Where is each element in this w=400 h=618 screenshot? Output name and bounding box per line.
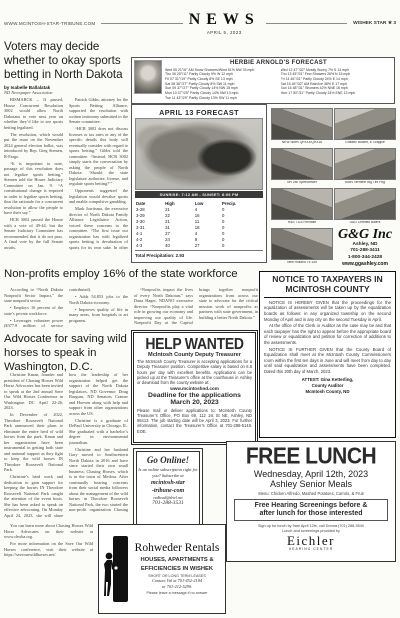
- article-nonprofits-body: According to “North Dakota Nonprofit Sec…: [4, 287, 258, 329]
- rohweder-message-note: Please leave a message if no answer: [133, 591, 221, 595]
- gg-logo-block: G&G Inc Ashley, ND 701-288-3411 1-800-34…: [334, 228, 396, 267]
- door-person-icon: [103, 534, 129, 604]
- herbie-arnold-photo: [134, 60, 162, 94]
- help-wanted-body1: The McIntosh County Treasurer is accepti…: [137, 359, 252, 386]
- free-lunch-venue: Ashley Senior Meals: [232, 479, 390, 489]
- article-wild-horses-body: Christine Kman, founder and president of…: [4, 372, 128, 520]
- weather-forecast-box: HERBIE ARNOLD'S FORECAST Wed 05 21°/6° A…: [131, 57, 395, 104]
- article-sports-betting: Voters may decide whether to okay sports…: [4, 40, 128, 253]
- gg-company-name: G&G Inc: [338, 228, 392, 242]
- total-precipitation: Total Precipitation: 2.93: [135, 250, 263, 258]
- article-wild-horses-headline: Advocate for saving wild horses to speak…: [4, 333, 128, 375]
- sunrise-sunset-bar: SUNRISE: 7:12 AM - SUNSET: 8:06 PM: [135, 191, 263, 198]
- hearing-screenings-box: Free Hearing Screenings before & after l…: [234, 499, 388, 522]
- free-lunch-date: Wednesday, April 12th, 2023: [232, 469, 390, 479]
- subscription-phone: 701-288-3531: [138, 500, 198, 506]
- free-lunch-ad: FREE LUNCH Wednesday, April 12th, 2023 A…: [226, 441, 396, 562]
- page-number: WISHEK STAR ★ 3: [353, 21, 396, 26]
- newspaper-page: WWW.MCINTOSH-STAR-TRIBUNE.COM NEWS APRIL…: [0, 0, 400, 618]
- subscription-site-line2: -tribune-com: [138, 488, 198, 495]
- temperature-table: DateHighLowPrecip. 3-2821 40 3-2922 160: [135, 200, 263, 248]
- article-headline: Voters may decide whether to okay sports…: [4, 40, 128, 82]
- go-online-title: Go Online!: [138, 455, 198, 465]
- deadline-label: Deadline for the applications: [137, 392, 252, 399]
- april13-forecast-box: APRIL 13 FORECAST SUNRISE: 7:12 AM - SUN…: [131, 104, 267, 263]
- article-wild-horses-body-bottom: You can learn more about Chasing Horses …: [4, 523, 93, 601]
- help-wanted-ad: HELP WANTED McIntosh County Deputy Treas…: [131, 330, 258, 445]
- article-nonprofits-headline: Non-profits employ 16% of the state work…: [4, 268, 260, 282]
- eichler-logo: Eichler: [232, 534, 390, 547]
- april13-title: APRIL 13 FORECAST: [135, 108, 263, 117]
- rohweder-line1: HOUSES, APARTMENTS &: [133, 557, 221, 564]
- notice-body: NOTICE IS HEREBY GIVEN that the proceedi…: [264, 300, 391, 375]
- forecast-week2: Wed 12 47°/32° Mostly Sunny 7% S 14 mphT…: [281, 68, 393, 101]
- section-block: NEWS APRIL 5, 2023: [189, 12, 260, 35]
- forecast-title: HERBIE ARNOLD'S FORECAST: [165, 60, 392, 66]
- site-url: WWW.MCINTOSH-STAR-TRIBUNE.COM: [4, 21, 95, 26]
- masthead-rule-left: [101, 23, 182, 24]
- notice-county: McIntosh County, ND: [264, 389, 391, 395]
- free-lunch-title: FREE LUNCH: [232, 445, 390, 468]
- rohweder-line2: EFFICIENCIES IN WISHEK: [133, 566, 221, 573]
- masthead: WWW.MCINTOSH-STAR-TRIBUNE.COM NEWS APRIL…: [0, 12, 400, 35]
- free-lunch-menu: Menu: Chicken Alfredo, Mashed Potatoes, …: [232, 491, 390, 496]
- gg-website: www.ggashley.com: [342, 261, 388, 267]
- article-organization: ND Newspaper Association: [4, 90, 128, 95]
- rohweder-name: Rohweder Rentals: [133, 543, 221, 555]
- rohweder-phone2: or 701-212-5290.: [133, 584, 221, 590]
- masthead-rule-right: [266, 23, 347, 24]
- deadline-date: March 20, 2023: [137, 399, 252, 406]
- eichler-logo-sub: HEARING CENTER: [232, 547, 390, 551]
- subscription-site-line1: mcintosh-star: [138, 480, 198, 487]
- section-title: NEWS: [189, 12, 260, 28]
- table-row: 4-340 270: [135, 242, 263, 248]
- rohweder-rentals-ad: Rohweder Rentals HOUSES, APARTMENTS & EF…: [98, 524, 226, 614]
- hearing-line2: after lunch for those interested: [237, 510, 385, 518]
- issue-date: APRIL 5, 2023: [189, 30, 260, 35]
- table-body: 3-2821 40 3-2922 160 3-3021 110 3-3: [135, 206, 263, 248]
- notice-title: NOTICE TO TAXPAYERS IN MCINTOSH COUNTY: [264, 275, 391, 298]
- notice-to-taxpayers: NOTICE TO TAXPAYERS IN MCINTOSH COUNTY N…: [259, 271, 396, 438]
- us-weather-map-image: [135, 118, 263, 190]
- forecast-week1: Wed 05 21°/6° AM Snow Showers/Wind 61% N…: [165, 68, 277, 101]
- gg-equipment-ad: NEW Sitrex QRX14/QRX16 Grabtec Bucket, 8…: [271, 108, 396, 266]
- help-wanted-title: HELP WANTED: [137, 335, 252, 351]
- hearing-line1: Free Hearing Screenings before &: [237, 502, 385, 510]
- county-website: www.mcintoshnd.com: [137, 386, 252, 391]
- go-online-ad: Go Online! Is an online subscription rig…: [133, 448, 203, 536]
- article-body: BISMARCK – If passed, House Concurrent R…: [4, 97, 128, 253]
- help-wanted-body2: Please mail or deliver applications to: …: [137, 408, 252, 435]
- help-wanted-position: McIntosh County Deputy Treasurer: [137, 352, 252, 358]
- free-lunch-signup: Sign up for lunch by 9am April 12th, cal…: [232, 524, 390, 528]
- go-online-body: Is an online subscription right for you?…: [138, 467, 198, 479]
